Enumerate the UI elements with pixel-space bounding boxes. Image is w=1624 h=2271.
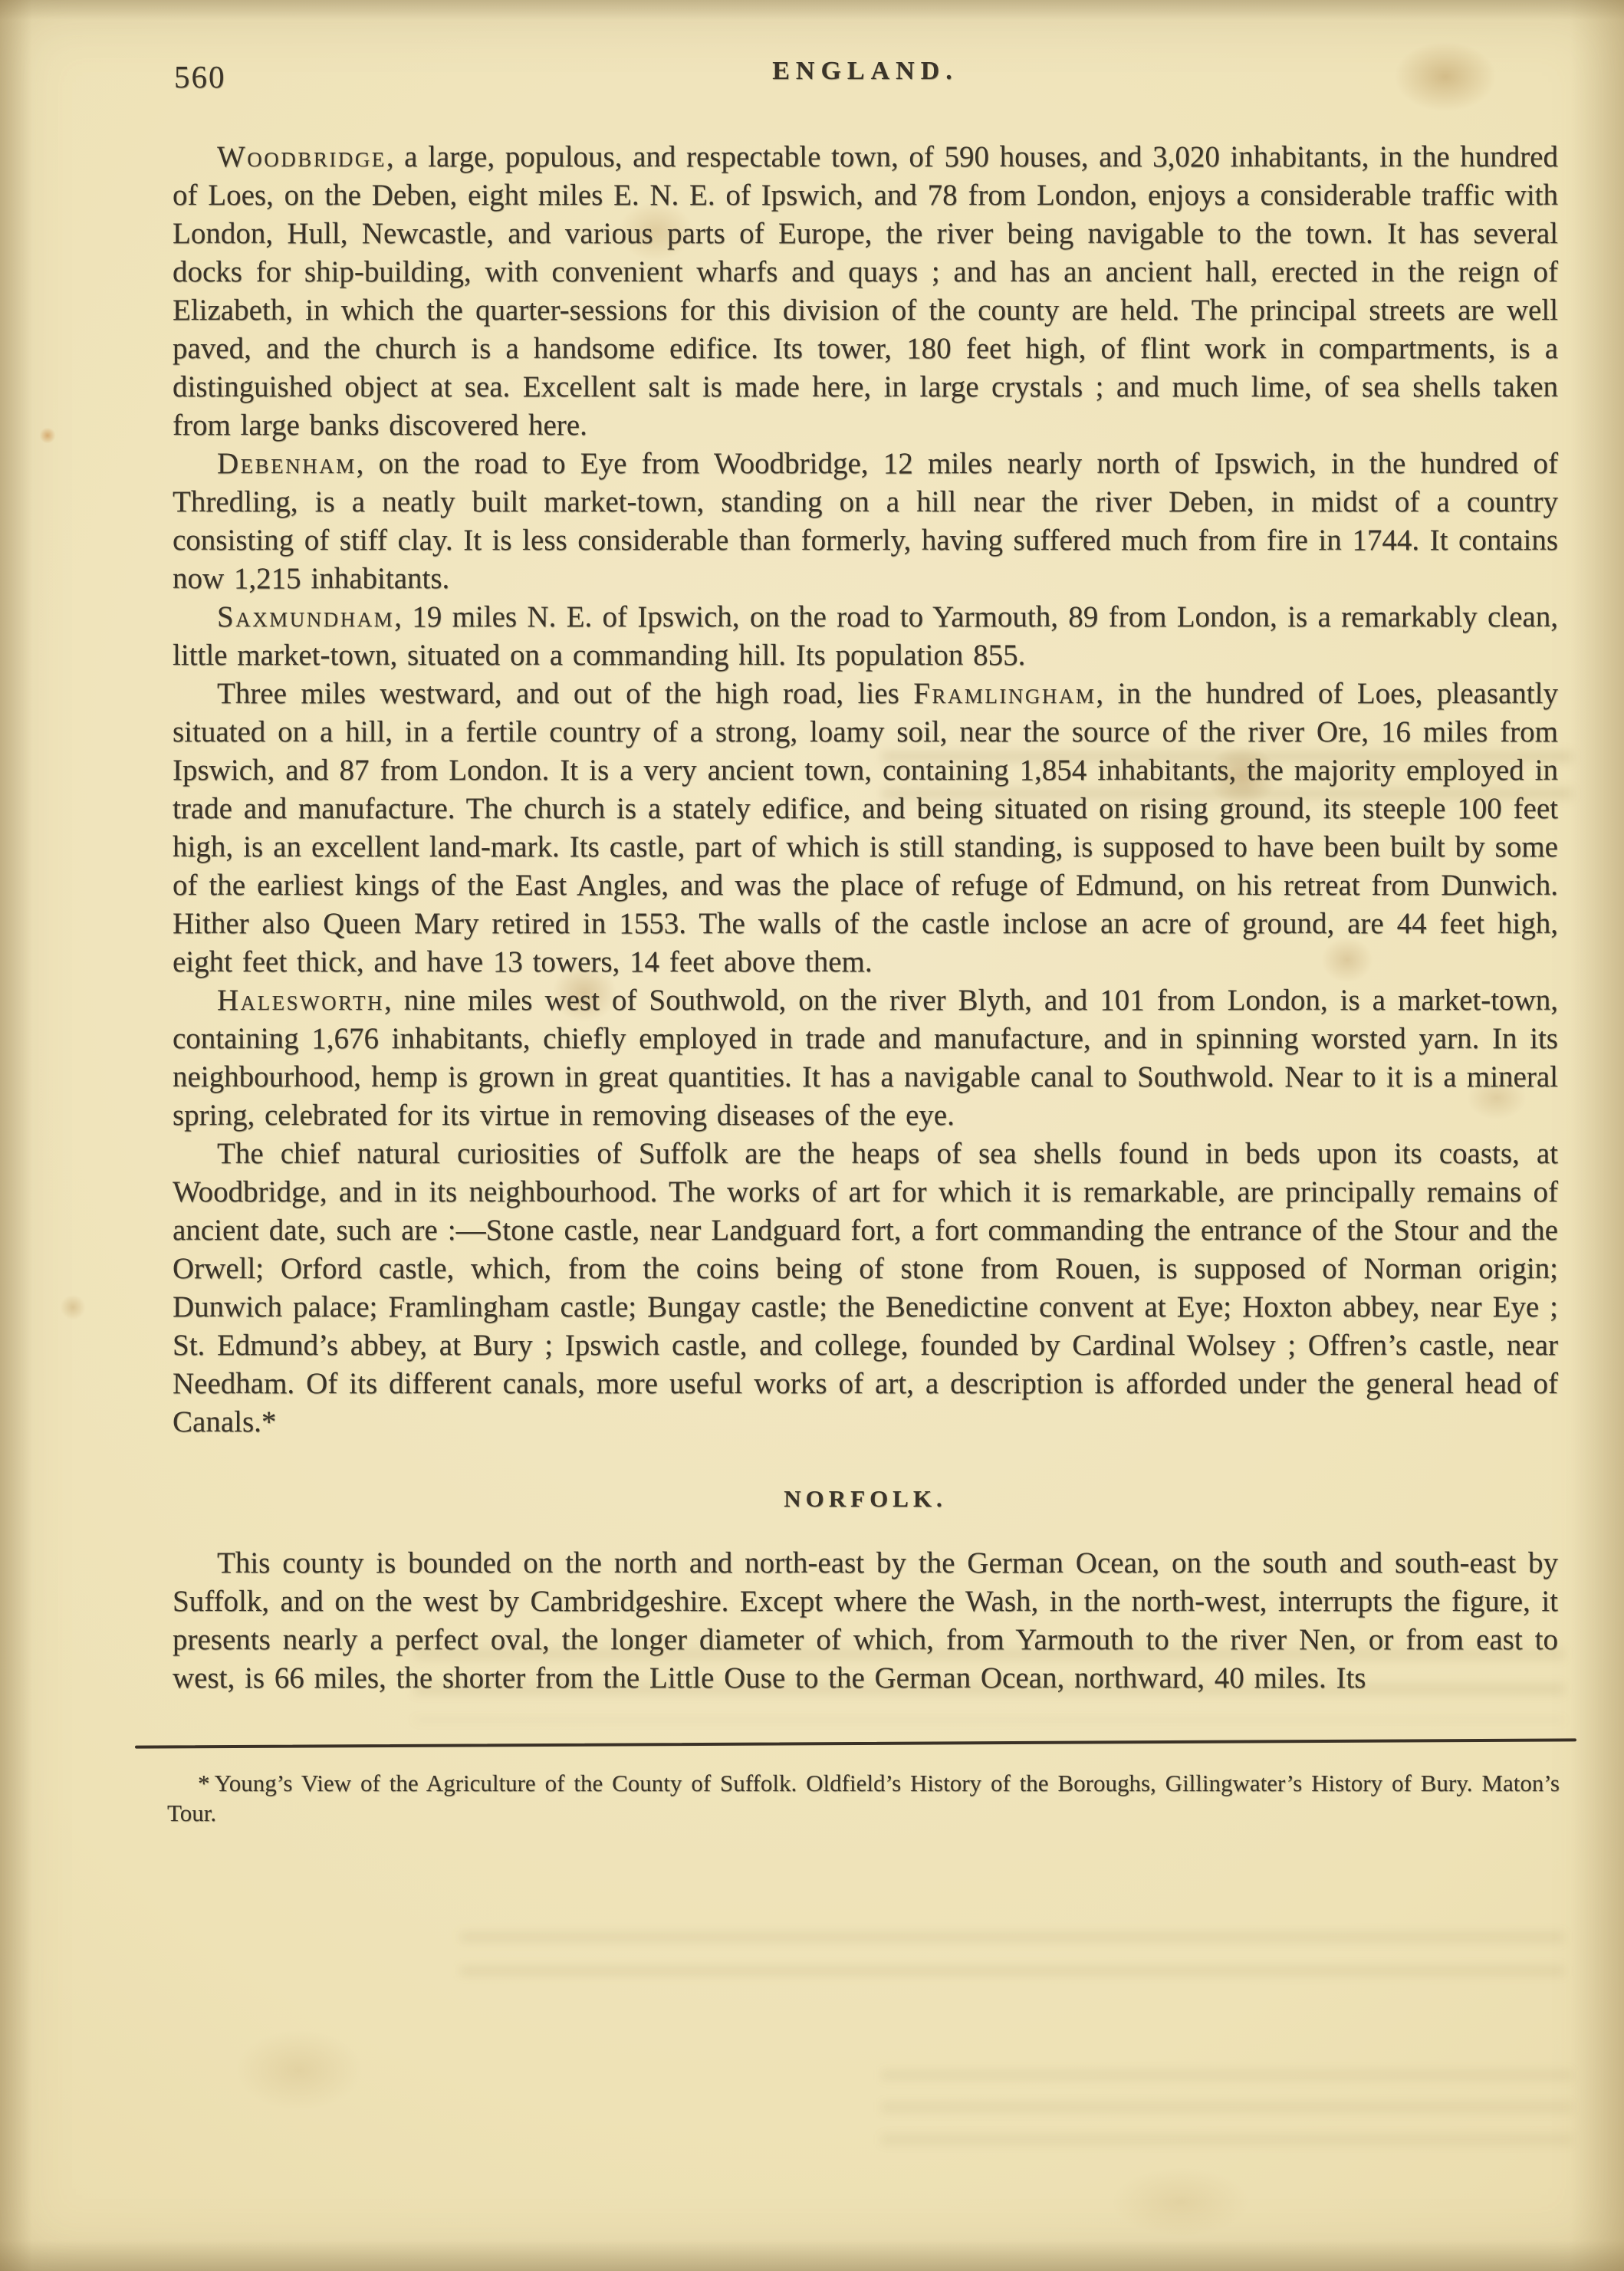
town-name-halesworth: Halesworth	[217, 984, 384, 1017]
town-name-debenham: Debenham	[217, 447, 357, 480]
footnote-text: *Young’s View of the Agriculture of the …	[167, 1768, 1560, 1828]
page-body: Woodbridge, a large, populous, and respe…	[173, 138, 1558, 1697]
running-title: ENGLAND.	[173, 57, 1558, 86]
town-name-woodbridge: Woodbridge	[217, 140, 386, 173]
paragraph-debenham: Debenham, on the road to Eye from Woodbr…	[173, 445, 1558, 598]
section-heading-norfolk: NORFOLK.	[173, 1480, 1558, 1518]
bleed-through-ghost	[882, 2070, 1572, 2154]
paragraph-framlingham: Three miles westward, and out of the hig…	[173, 675, 1558, 981]
paragraph-text: , on the road to Eye from Woodbridge, 12…	[173, 447, 1558, 595]
footnote-divider	[135, 1738, 1576, 1748]
paragraph-curiosities: The chief natural curiosities of Suffolk…	[173, 1135, 1558, 1441]
scanned-book-page: 560 ENGLAND. Woodbridge, a large, populo…	[0, 0, 1624, 2271]
footnote: *Young’s View of the Agriculture of the …	[167, 1768, 1560, 1828]
paragraph-text: Three miles westward, and out of the hig…	[217, 677, 913, 710]
bleed-through-ghost	[460, 1932, 1564, 1978]
paragraph-saxmundham: Saxmundham, 19 miles N. E. of Ipswich, o…	[173, 598, 1558, 675]
paragraph-text: This county is bounded on the north and …	[173, 1546, 1558, 1694]
paragraph-halesworth: Halesworth, nine miles west of Southwold…	[173, 981, 1558, 1135]
footnote-asterisk: *	[198, 1770, 215, 1796]
page-number: 560	[174, 58, 226, 95]
paragraph-text: The chief natural curiosities of Suffolk…	[173, 1137, 1558, 1438]
town-name-framlingham: Framlingham	[913, 677, 1096, 710]
town-name-saxmundham: Saxmundham	[217, 600, 394, 633]
footnote-body: Young’s View of the Agriculture of the C…	[167, 1770, 1560, 1826]
paragraph-woodbridge: Woodbridge, a large, populous, and respe…	[173, 138, 1558, 445]
paragraph-text: , in the hundred of Loes, pleasantly sit…	[173, 677, 1558, 978]
paragraph-norfolk-intro: This county is bounded on the north and …	[173, 1544, 1558, 1697]
paragraph-text: , a large, populous, and respectable tow…	[173, 140, 1558, 442]
running-head: 560 ENGLAND.	[173, 57, 1558, 97]
